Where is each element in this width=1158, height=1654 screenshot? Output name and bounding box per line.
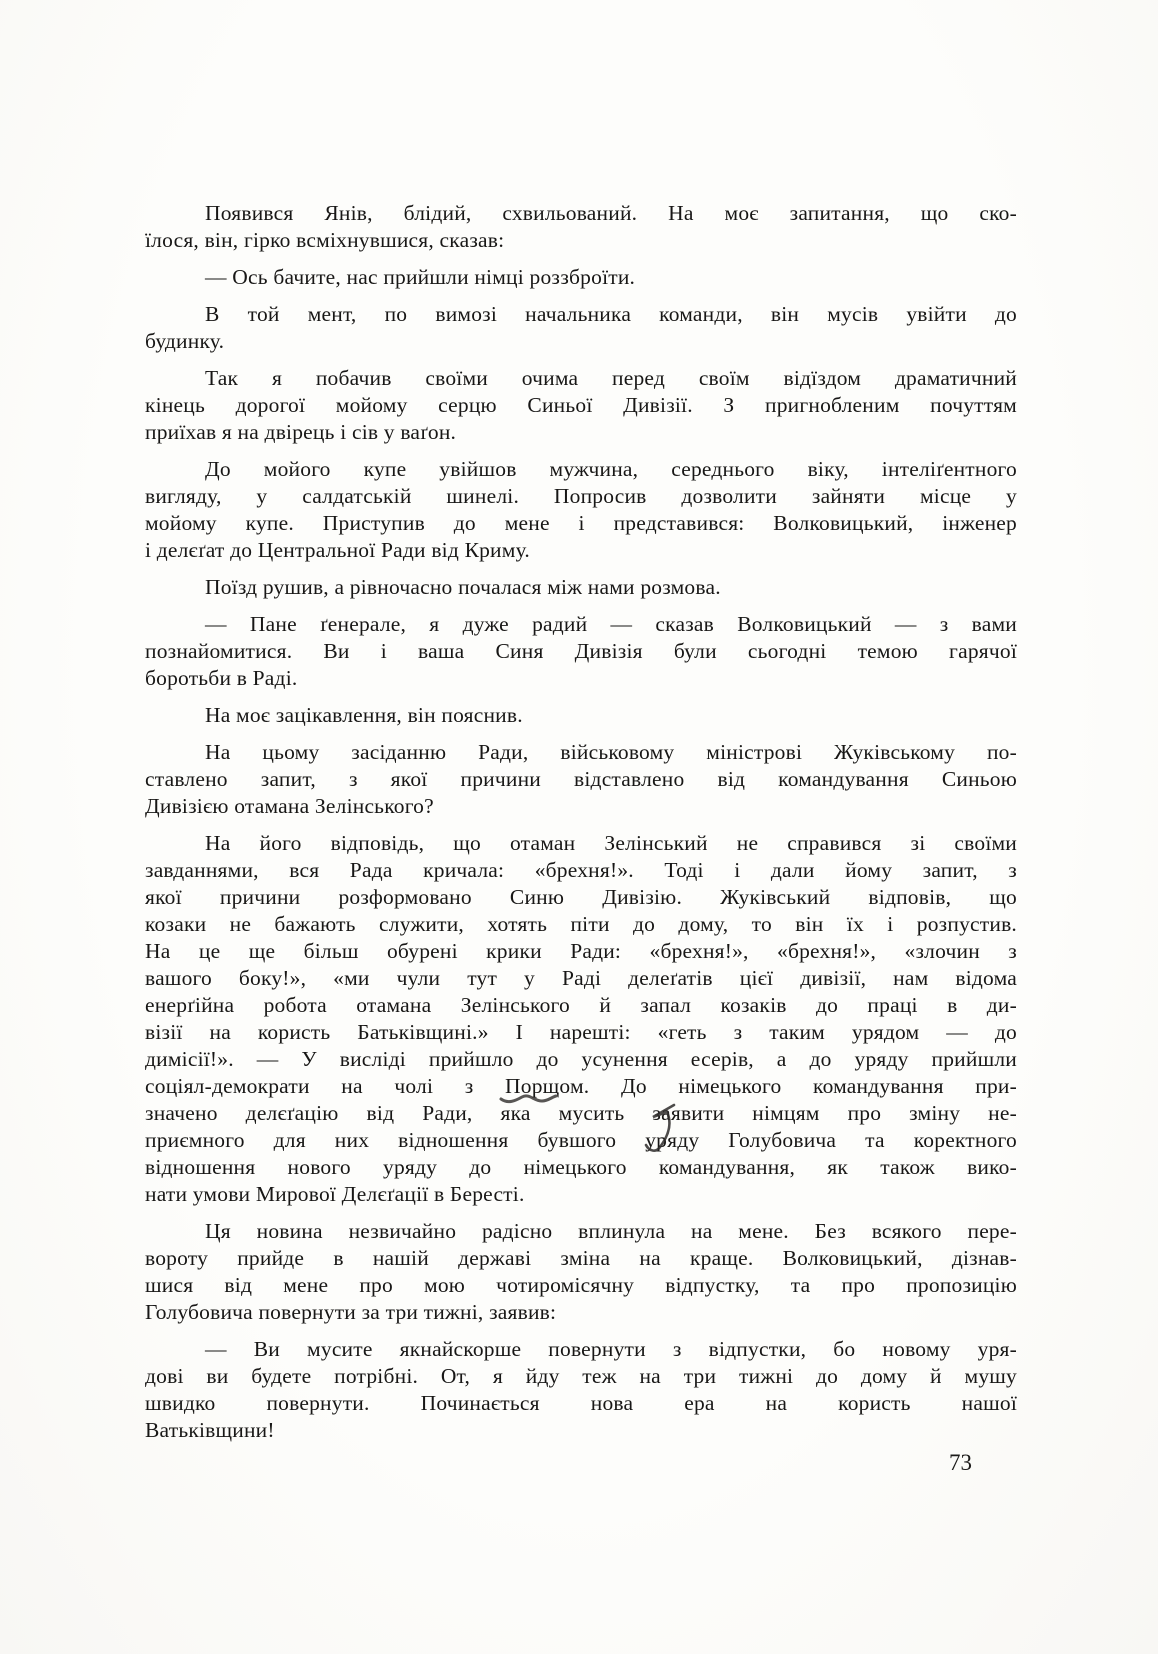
paragraph: В той мент, по вимозі начальника команди…: [145, 301, 1017, 355]
text-line: соціял-демократи на чолі з Порщом. До ні…: [145, 1073, 1017, 1100]
text-line: і делєґат до Центральної Ради від Криму.: [145, 537, 1017, 564]
text-line: Ця новина незвичайно радісно вплинула на…: [145, 1218, 1017, 1245]
text-line: ставлено запит, з якої причини відставле…: [145, 766, 1017, 793]
text-line: козаки не бажають служити, хотять піти д…: [145, 911, 1017, 938]
paragraph: До мойого купе увійшов мужчина, середньо…: [145, 456, 1017, 564]
text-line: Ватьківщини!: [145, 1417, 1017, 1444]
text-line: нати умови Мирової Делєґації в Бересті.: [145, 1181, 1017, 1208]
text-line: вашого боку!», «ми чули тут у Раді делеґ…: [145, 965, 1017, 992]
text-line: їлося, він, гірко всміхнувшися, сказав:: [145, 227, 1017, 254]
text-line: На цьому засіданню Ради, військовому мін…: [145, 739, 1017, 766]
paragraph: Ця новина незвичайно радісно вплинула на…: [145, 1218, 1017, 1326]
text-line: дові ви будете потрібні. От, я йду теж н…: [145, 1363, 1017, 1390]
paragraph: Поїзд рушив, а рівночасно почалася між н…: [145, 574, 1017, 601]
paragraph: Появився Янів, блідий, схвильований. На …: [145, 200, 1017, 254]
text-line: На це ще більш обурені крики Ради: «брех…: [145, 938, 1017, 965]
text-line: приїхав я на двірець і сів у ваґон.: [145, 419, 1017, 446]
text-line: Поїзд рушив, а рівночасно почалася між н…: [145, 574, 1017, 601]
text-line: боротьби в Раді.: [145, 665, 1017, 692]
text-line: відношення нового уряду до німецького ко…: [145, 1154, 1017, 1181]
text-line: димісії!». — У висліді прийшло до усунен…: [145, 1046, 1017, 1073]
text-line: — Пане ґенерале, я дуже радий — сказав В…: [145, 611, 1017, 638]
text-line: — Ось бачите, нас прийшли німці роззброї…: [145, 264, 1017, 291]
text-line: Так я побачив своїми очима перед своїм в…: [145, 365, 1017, 392]
paragraph: Так я побачив своїми очима перед своїм в…: [145, 365, 1017, 446]
text-line: значено делєґацію від Ради, яка мусить з…: [145, 1100, 1017, 1127]
text-line: На моє зацікавлення, він пояснив.: [145, 702, 1017, 729]
text-line: На його відповідь, що отаман Зелінський …: [145, 830, 1017, 857]
text-line: В той мент, по вимозі начальника команди…: [145, 301, 1017, 328]
text-line: — Ви мусите якнайскорше повернути з відп…: [145, 1336, 1017, 1363]
text-line: Появився Янів, блідий, схвильований. На …: [145, 200, 1017, 227]
paragraph: — Ось бачите, нас прийшли німці роззброї…: [145, 264, 1017, 291]
text-line: швидко повернути. Починається нова ера н…: [145, 1390, 1017, 1417]
text-line: До мойого купе увійшов мужчина, середньо…: [145, 456, 1017, 483]
scanned-book-page: Появився Янів, блідий, схвильований. На …: [0, 0, 1158, 1654]
text-line: кінець дорогої мойому серцю Синьої Дивіз…: [145, 392, 1017, 419]
text-line: шися від мене про мою чотиромісячну відп…: [145, 1272, 1017, 1299]
text-line: енерґійна робота отамана Зелінського й з…: [145, 992, 1017, 1019]
text-line: будинку.: [145, 328, 1017, 355]
text-line: вороту прийде в нашій державі зміна на к…: [145, 1245, 1017, 1272]
text-line: візії на користь Батьківщині.» І нарешті…: [145, 1019, 1017, 1046]
text-line: познайомитися. Ви і ваша Синя Дивізія бу…: [145, 638, 1017, 665]
text-line: якої причини розформовано Синю Дивізію. …: [145, 884, 1017, 911]
paragraph: — Пане ґенерале, я дуже радий — сказав В…: [145, 611, 1017, 692]
paragraph: На його відповідь, що отаман Зелінський …: [145, 830, 1017, 1208]
text-block: Появився Янів, блідий, схвильований. На …: [145, 200, 1017, 1454]
text-line: мойому купе. Приступив до мене і предста…: [145, 510, 1017, 537]
text-line: Дивізією отамана Зелінського?: [145, 793, 1017, 820]
text-line: Голубовича повернути за три тижні, заяви…: [145, 1299, 1017, 1326]
page-number: 73: [912, 1450, 972, 1476]
text-line: вигляду, у салдатській шинелі. Попросив …: [145, 483, 1017, 510]
text-line: приємного для них відношення бувшого уря…: [145, 1127, 1017, 1154]
paragraph: — Ви мусите якнайскорше повернути з відп…: [145, 1336, 1017, 1444]
paragraph: На цьому засіданню Ради, військовому мін…: [145, 739, 1017, 820]
paragraph: На моє зацікавлення, він пояснив.: [145, 702, 1017, 729]
text-line: завданнями, вся Рада кричала: «брехня!».…: [145, 857, 1017, 884]
